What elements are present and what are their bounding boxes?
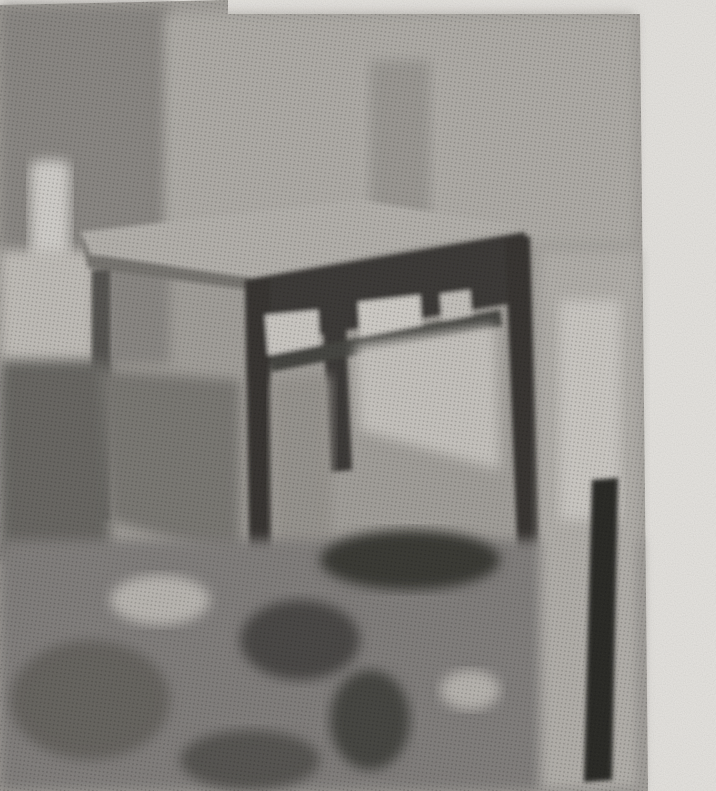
photo-canvas (0, 0, 716, 791)
halftone-photo (0, 0, 716, 791)
